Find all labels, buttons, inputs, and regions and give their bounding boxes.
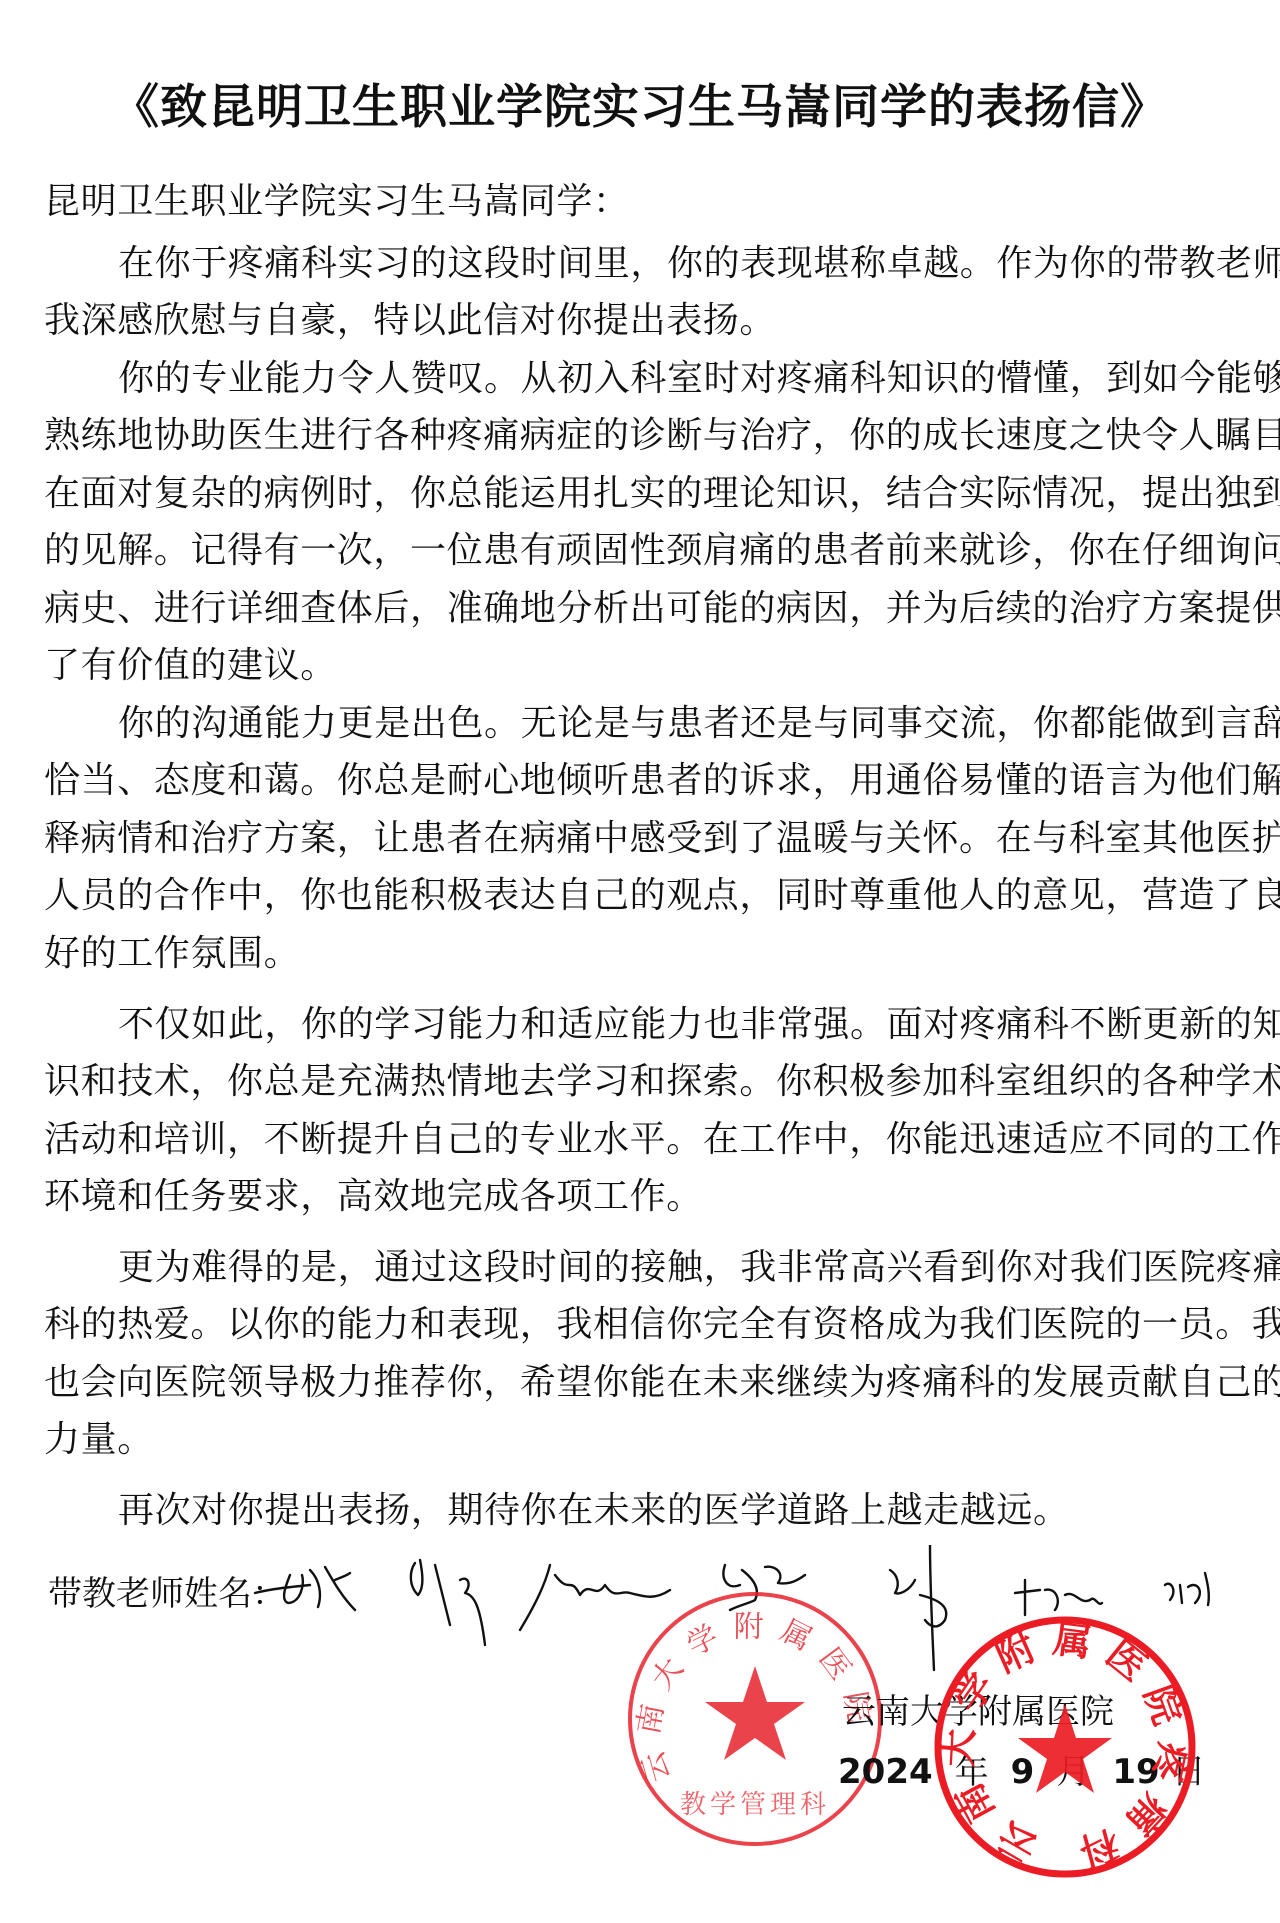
letter-line: 我深感欣慰与自豪，特以此信对你提出表扬。 xyxy=(44,299,776,343)
letter-line: 再次对你提出表扬，期待你在未来的医学道路上越走越远。 xyxy=(118,1489,1070,1533)
letter-line: 在面对复杂的病例时，你总能运用扎实的理论知识，结合实际情况，提出独到 xyxy=(44,472,1280,516)
letter-line: 力量。 xyxy=(44,1418,154,1462)
letter-line: 恰当、态度和蔼。你总是耐心地倾听患者的诉求，用通俗易懂的语言为他们解 xyxy=(44,759,1280,803)
letter-line: 科的热爱。以你的能力和表现，我相信你完全有资格成为我们医院的一员。我 xyxy=(44,1303,1280,1347)
letter-line: 好的工作氛围。 xyxy=(44,932,300,976)
letter-line: 了有价值的建议。 xyxy=(44,644,337,688)
letter-line: 你的沟通能力更是出色。无论是与患者还是与同事交流，你都能做到言辞 xyxy=(118,702,1280,746)
letter-line: 也会向医院领导极力推荐你，希望你能在未来继续为疼痛科的发展贡献自己的 xyxy=(44,1361,1280,1405)
letter-line: 释病情和治疗方案，让患者在病痛中感受到了温暖与关怀。在与科室其他医护 xyxy=(44,817,1280,861)
letter-line: 更为难得的是，通过这段时间的接触，我非常高兴看到你对我们医院疼痛 xyxy=(118,1246,1280,1290)
letter-line: 病史、进行详细查体后，准确地分析出可能的病因，并为后续的治疗方案提供 xyxy=(44,587,1280,631)
letter-line: 在你于疼痛科实习的这段时间里，你的表现堪称卓越。作为你的带教老师， xyxy=(118,242,1280,286)
letter-title: 《致昆明卫生职业学院实习生马嵩同学的表扬信》 xyxy=(0,78,1280,138)
letter-line: 人员的合作中，你也能积极表达自己的观点，同时尊重他人的意见，营造了良 xyxy=(44,874,1280,918)
letter-line: 的见解。记得有一次，一位患有顽固性颈肩痛的患者前来就诊，你在仔细询问 xyxy=(44,529,1280,573)
letter-line: 环境和任务要求，高效地完成各项工作。 xyxy=(44,1175,703,1219)
letter-line: 熟练地协助医生进行各种疼痛病症的诊断与治疗，你的成长速度之快令人瞩目。 xyxy=(44,414,1280,458)
date-year: 2024 xyxy=(838,1750,933,1794)
stamp1-bottom-text: 教学管理科 xyxy=(680,1790,830,1820)
letter-line: 识和技术，你总是充满热情地去学习和探索。你积极参加科室组织的各种学术 xyxy=(44,1060,1280,1104)
letter-line: 你的专业能力令人赞叹。从初入科室时对疼痛科知识的懵懂，到如今能够 xyxy=(118,357,1280,401)
letter-line: 不仅如此，你的学习能力和适应能力也非常强。面对疼痛科不断更新的知 xyxy=(118,1003,1280,1047)
pain-department-stamp: 云南大学附属医院疼痛科 xyxy=(932,1614,1198,1880)
letter-line: 活动和培训，不断提升自己的专业水平。在工作中，你能迅速适应不同的工作 xyxy=(44,1118,1280,1162)
salutation: 昆明卫生职业学院实习生马嵩同学： xyxy=(44,180,630,224)
